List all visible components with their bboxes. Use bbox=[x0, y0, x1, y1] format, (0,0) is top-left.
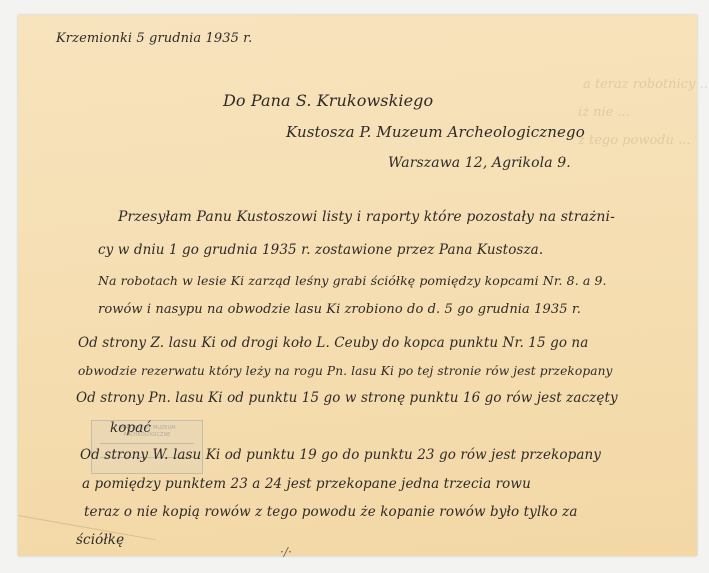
bleed-through-line: iż nie ... bbox=[578, 105, 630, 120]
body-line: Od strony Pn. lasu Ki od punktu 15 go w … bbox=[76, 390, 618, 406]
body-line: Od strony W. lasu Ki od punktu 19 go do … bbox=[80, 447, 601, 463]
body-line: obwodzie rezerwatu który leży na rogu Pn… bbox=[78, 364, 613, 378]
body-line: Na robotach w lesie Ki zarząd leśny grab… bbox=[98, 273, 607, 288]
body-line: rowów i nasypu na obwodzie lasu Ki zrobi… bbox=[98, 302, 581, 317]
bleed-through-line: z tego powodu ... bbox=[578, 133, 691, 148]
page-mark: ·/· bbox=[280, 545, 292, 559]
place-date: Krzemionki 5 grudnia 1935 r. bbox=[56, 31, 252, 46]
body-line: Przesyłam Panu Kustoszowi listy i raport… bbox=[118, 209, 615, 225]
stamp-rule bbox=[100, 443, 194, 444]
scanned-document: a teraz robotnicy ... iż nie ... z tego … bbox=[0, 0, 709, 573]
bleed-through-line: a teraz robotnicy ... bbox=[583, 77, 709, 92]
body-line: Od strony Z. lasu Ki od drogi koło L. Ce… bbox=[78, 335, 588, 351]
body-line: kopać bbox=[110, 420, 151, 436]
addressee-name: Do Pana S. Krukowskiego bbox=[223, 91, 433, 110]
letter-paper: a teraz robotnicy ... iż nie ... z tego … bbox=[18, 15, 697, 556]
addressee-address: Warszawa 12, Agrikola 9. bbox=[388, 155, 571, 171]
body-line: ściółkę bbox=[76, 532, 124, 548]
body-line: teraz o nie kopią rowów z tego powodu że… bbox=[84, 504, 578, 520]
addressee-title: Kustosza P. Muzeum Archeologicznego bbox=[286, 123, 585, 141]
body-line: a pomiędzy punktem 23 a 24 jest przekopa… bbox=[82, 476, 531, 492]
body-line: cy w dniu 1 go grudnia 1935 r. zostawion… bbox=[98, 242, 543, 258]
